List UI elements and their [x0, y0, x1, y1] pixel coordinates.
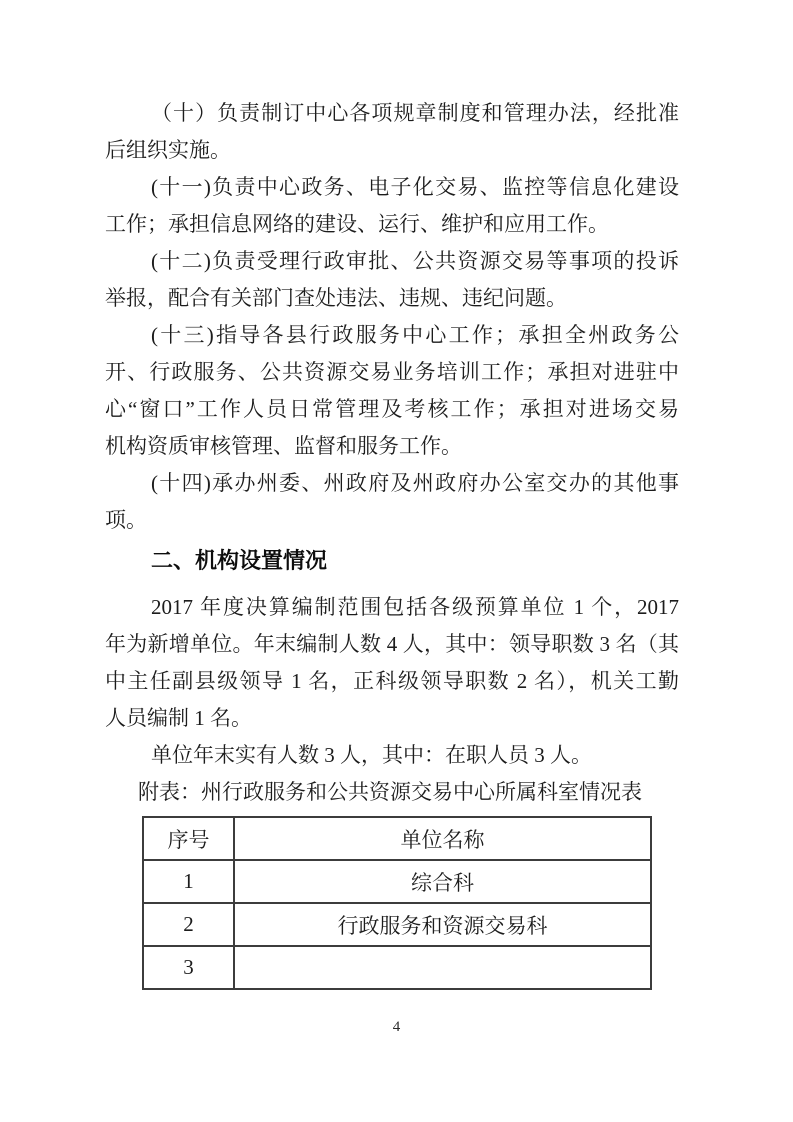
paragraph-item-13: (十三)指导各县行政服务中心工作；承担全州政务公 开、行政服务、公共资源交易业务…	[105, 317, 679, 465]
paragraph-line: 开、行政服务、公共资源交易业务培训工作；承担对进驻中	[105, 354, 679, 391]
department-table: 序号 单位名称 1 综合科 2 行政服务和资源交易科 3	[142, 816, 652, 990]
unit-name-cell	[234, 946, 651, 989]
paragraph-item-14: (十四)承办州委、州政府及州政府办公室交办的其他事 项。	[105, 465, 679, 539]
document-page: （十）负责制订中心各项规章制度和管理办法，经批准 后组织实施。 (十一)负责中心…	[0, 0, 793, 1122]
paragraph-item-12: (十二)负责受理行政审批、公共资源交易等事项的投诉 举报，配合有关部门查处违法、…	[105, 243, 679, 317]
page-number: 4	[0, 1019, 793, 1036]
paragraph-line: (十三)指导各县行政服务中心工作；承担全州政务公	[105, 317, 679, 354]
paragraph-line: 2017 年度决算编制范围包括各级预算单位 1 个，2017	[105, 589, 679, 626]
table-header-serial: 序号	[143, 817, 234, 860]
table-caption: 附表：州行政服务和公共资源交易中心所属科室情况表	[138, 774, 679, 811]
table-header-unit-name: 单位名称	[234, 817, 651, 860]
paragraph-line: (十二)负责受理行政审批、公共资源交易等事项的投诉	[105, 243, 679, 280]
table-row: 2 行政服务和资源交易科	[143, 903, 651, 946]
section-paragraph-1: 2017 年度决算编制范围包括各级预算单位 1 个，2017 年为新增单位。年末…	[105, 589, 679, 737]
serial-cell: 1	[143, 860, 234, 903]
paragraph-line: （十）负责制订中心各项规章制度和管理办法，经批准	[105, 95, 679, 132]
section-heading: 二、机构设置情况	[105, 542, 679, 579]
table-row: 3	[143, 946, 651, 989]
paragraph-line: (十四)承办州委、州政府及州政府办公室交办的其他事	[105, 465, 679, 502]
section-paragraph-2: 单位年末实有人数 3 人，其中：在职人员 3 人。	[105, 737, 679, 774]
serial-cell: 2	[143, 903, 234, 946]
unit-name-cell: 行政服务和资源交易科	[234, 903, 651, 946]
table-header-row: 序号 单位名称	[143, 817, 651, 860]
serial-cell: 3	[143, 946, 234, 989]
paragraph-line: 后组织实施。	[105, 132, 679, 169]
paragraph-item-11: (十一)负责中心政务、电子化交易、监控等信息化建设 工作；承担信息网络的建设、运…	[105, 169, 679, 243]
paragraph-line: 举报，配合有关部门查处违法、违规、违纪问题。	[105, 280, 679, 317]
paragraph-line: 项。	[105, 502, 679, 539]
paragraph-line: (十一)负责中心政务、电子化交易、监控等信息化建设	[105, 169, 679, 206]
document-content: （十）负责制订中心各项规章制度和管理办法，经批准 后组织实施。 (十一)负责中心…	[105, 95, 679, 990]
table-row: 1 综合科	[143, 860, 651, 903]
unit-name-cell: 综合科	[234, 860, 651, 903]
paragraph-line: 工作；承担信息网络的建设、运行、维护和应用工作。	[105, 206, 679, 243]
paragraph-line: 机构资质审核管理、监督和服务工作。	[105, 428, 679, 465]
paragraph-item-10: （十）负责制订中心各项规章制度和管理办法，经批准 后组织实施。	[105, 95, 679, 169]
paragraph-line: 中主任副县级领导 1 名，正科级领导职数 2 名），机关工勤	[105, 663, 679, 700]
paragraph-line: 心“窗口”工作人员日常管理及考核工作；承担对进场交易	[105, 391, 679, 428]
paragraph-line: 人员编制 1 名。	[105, 700, 679, 737]
paragraph-line: 年为新增单位。年末编制人数 4 人，其中：领导职数 3 名（其	[105, 626, 679, 663]
